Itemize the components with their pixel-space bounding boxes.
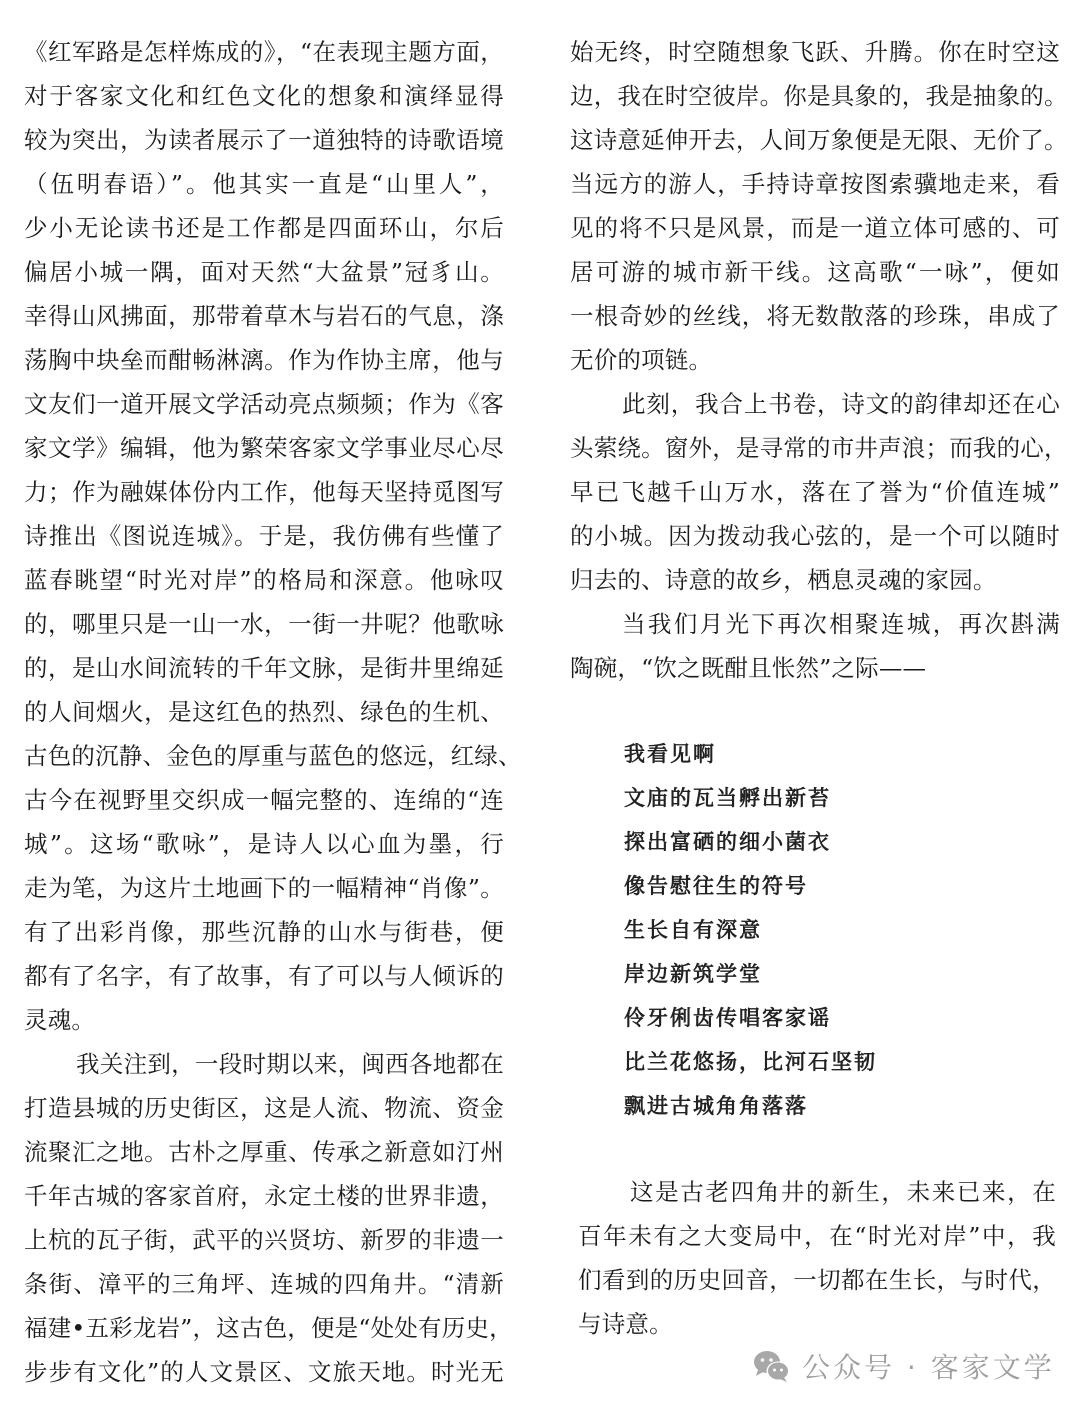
text-line: （伍明春语）”。他其实一直是“山里人”，	[24, 162, 504, 206]
text-line: 流聚汇之地。古朴之厚重、传承之新意如汀州	[24, 1130, 504, 1174]
text-line: 的人间烟火，是这红色的热烈、绿色的生机、	[24, 690, 504, 734]
text-line: 居可游的城市新干线。这高歌“一咏”，便如	[570, 250, 1060, 294]
poem-line: 生长自有深意	[624, 908, 964, 952]
text-line: 城”。这场“歌咏”，是诗人以心血为墨，行	[24, 822, 504, 866]
text-line: 早已飞越千山万水，落在了誉为“价值连城”	[570, 470, 1060, 514]
text-line: 对于客家文化和红色文化的想象和演绎显得	[24, 74, 504, 118]
text-line: 当远方的游人，手持诗章按图索骥地走来，看	[570, 162, 1060, 206]
poem-line: 伶牙俐齿传唱客家谣	[624, 996, 964, 1040]
text-line: 上杭的瓦子街，武平的兴贤坊、新罗的非遗一	[24, 1218, 504, 1262]
text-line: 文友们一道开展文学活动亮点频频；作为《客	[24, 382, 504, 426]
text-line: 头萦绕。窗外，是寻常的市井声浪；而我的心，	[570, 426, 1060, 470]
text-line: 步步有文化”的人文景区、文旅天地。时光无	[24, 1350, 504, 1394]
text-line: 蓝春眺望“时光对岸”的格局和深意。他咏叹	[24, 558, 504, 602]
closing-paragraph: 这是古老四角井的新生，未来已来，在 百年未有之大变局中，在“时光对岸”中，我 们…	[578, 1170, 1056, 1346]
wechat-icon	[752, 1348, 792, 1384]
paragraph-start-line: 此刻，我合上书卷，诗文的韵律却还在心	[570, 382, 1060, 426]
text-line: 与诗意。	[578, 1302, 1056, 1346]
text-line: 条街、漳平的三角坪、连城的四角井。“清新	[24, 1262, 504, 1306]
text-line: 始无终，时空随想象飞跃、升腾。你在时空这	[570, 30, 1060, 74]
text-line: 幸得山风拂面，那带着草木与岩石的气息，涤	[24, 294, 504, 338]
right-column: 始无终，时空随想象飞跃、升腾。你在时空这 边，我在时空彼岸。你是具象的，我是抽象…	[570, 30, 1060, 690]
text-line: 的，哪里只是一山一水，一街一井呢？他歌咏	[24, 602, 504, 646]
text-line: 家文学》编辑，他为繁荣客家文学事业尽心尽	[24, 426, 504, 470]
text-line: 走为笔，为这片土地画下的一幅精神“肖像”。	[24, 866, 504, 910]
paragraph-start-line: 当我们月光下再次相聚连城，再次斟满	[570, 602, 1060, 646]
text-line: 一根奇妙的丝线，将无数散落的珍珠，串成了	[570, 294, 1060, 338]
text-line: 打造县城的历史街区，这是人流、物流、资金	[24, 1086, 504, 1130]
watermark-text: 公众号 · 客家文学	[802, 1346, 1055, 1386]
article-page: 《红军路是怎样炼成的》，“在表现主题方面， 对于客家文化和红色文化的想象和演绎显…	[0, 0, 1080, 1413]
text-line: 都有了名字，有了故事，有了可以与人倾诉的	[24, 954, 504, 998]
poem-line: 岸边新筑学堂	[624, 952, 964, 996]
text-line: 归去的、诗意的故乡，栖息灵魂的家园。	[570, 558, 1060, 602]
text-line: 少小无论读书还是工作都是四面环山，尔后	[24, 206, 504, 250]
text-line: 偏居小城一隅，面对天然“大盆景”冠豸山。	[24, 250, 504, 294]
text-line: 力；作为融媒体份内工作，他每天坚持觅图写	[24, 470, 504, 514]
text-line: 边，我在时空彼岸。你是具象的，我是抽象的。	[570, 74, 1060, 118]
text-line: 福建•五彩龙岩”，这古色，便是“处处有历史，	[24, 1306, 504, 1350]
paragraph-start-line: 这是古老四角井的新生，未来已来，在	[578, 1170, 1056, 1214]
poem-line: 比兰花悠扬，比河石坚韧	[624, 1040, 964, 1084]
paragraph-start-line: 我关注到，一段时期以来，闽西各地都在	[24, 1042, 504, 1086]
text-line: 荡胸中块垒而酣畅淋漓。作为作协主席，他与	[24, 338, 504, 382]
left-column: 《红军路是怎样炼成的》，“在表现主题方面， 对于客家文化和红色文化的想象和演绎显…	[24, 30, 504, 1394]
wechat-watermark: 公众号 · 客家文学	[752, 1344, 1055, 1388]
poem-line: 文庙的瓦当孵出新苔	[624, 776, 964, 820]
text-line: 的小城。因为拨动我心弦的，是一个可以随时	[570, 514, 1060, 558]
poem-line: 像告慰往生的符号	[624, 864, 964, 908]
poem-line: 飘进古城角角落落	[624, 1084, 964, 1128]
poem-line: 我看见啊	[624, 732, 964, 776]
text-line: 陶碗，“饮之既酣且怅然”之际——	[570, 646, 1060, 690]
text-line: 诗推出《图说连城》。于是，我仿佛有些懂了	[24, 514, 504, 558]
text-line: 们看到的历史回音，一切都在生长，与时代，	[578, 1258, 1056, 1302]
text-line: 这诗意延伸开去，人间万象便是无限、无价了。	[570, 118, 1060, 162]
text-line: 见的将不只是风景，而是一道立体可感的、可	[570, 206, 1060, 250]
text-line: 有了出彩肖像，那些沉静的山水与街巷，便	[24, 910, 504, 954]
text-line: 古今在视野里交织成一幅完整的、连绵的“连	[24, 778, 504, 822]
text-line: 古色的沉静、金色的厚重与蓝色的悠远，红绿、	[24, 734, 504, 778]
text-line: 《红军路是怎样炼成的》，“在表现主题方面，	[24, 30, 504, 74]
text-line: 灵魂。	[24, 998, 504, 1042]
text-line: 百年未有之大变局中，在“时光对岸”中，我	[578, 1214, 1056, 1258]
text-line: 的，是山水间流转的千年文脉，是街井里绵延	[24, 646, 504, 690]
poem-line: 探出富硒的细小菌衣	[624, 820, 964, 864]
text-line: 较为突出，为读者展示了一道独特的诗歌语境	[24, 118, 504, 162]
text-line: 千年古城的客家首府，永定土楼的世界非遗，	[24, 1174, 504, 1218]
poem-block: 我看见啊 文庙的瓦当孵出新苔 探出富硒的细小菌衣 像告慰往生的符号 生长自有深意…	[624, 732, 964, 1128]
text-line: 无价的项链。	[570, 338, 1060, 382]
